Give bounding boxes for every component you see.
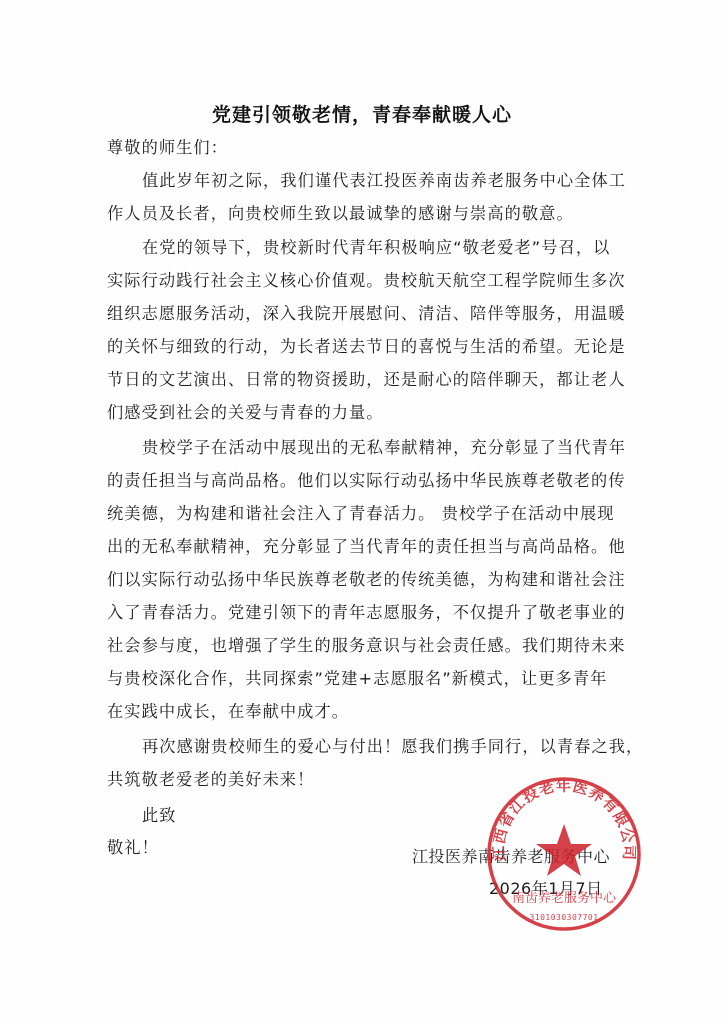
body-line: 的关怀与细致的行动，为长者送去节日的喜悦与生活的希望。无论是 xyxy=(107,337,626,357)
body-line: 的责任担当与高尚品格。他们以实际行动弘扬中华民族尊老敬老的传 xyxy=(107,471,626,491)
letter-page: 党建引领敬老情，青春奉献暖人心 尊敬的师生们： 值此岁年初之际，我们谨代表江投医… xyxy=(0,0,724,1024)
body-line: 共筑敬老爱老的美好未来！ xyxy=(107,770,314,790)
body-line: 在党的领导下，贵校新时代青年积极响应“敬老爱老”号召，以 xyxy=(142,238,610,258)
body-line: 此致 xyxy=(142,806,177,826)
body-line: 再次感谢贵校师生的爱心与付出！愿我们携手同行，以青春之我， xyxy=(142,737,643,757)
body-line: 们以实际行动弘扬中华民族尊老敬老的传统美德，为构建和谐社会注 xyxy=(107,570,626,590)
seal-inner-text: 南齿养老服务中心 xyxy=(512,890,617,906)
body-line: 统美德，为构建和谐社会注入了青春活力。 贵校学子在活动中展现 xyxy=(107,504,615,524)
official-seal-icon: 江西省江投老年医养有限公司 南齿养老服务中心 3101030307701 xyxy=(484,774,644,934)
body-line: 敬礼！ xyxy=(107,838,159,858)
body-line: 出的无私奉献精神，充分彰显了当代青年的责任担当与高尚品格。他 xyxy=(107,537,626,557)
body-line: 值此岁年初之际，我们谨代表江投医养南齿养老服务中心全体工 xyxy=(142,171,626,191)
body-line: 实际行动践行社会主义核心价值观。贵校航天航空工程学院师生多次 xyxy=(107,271,626,291)
body-line: 社会参与度，也增强了学生的服务意识与社会责任感。我们期待未来 xyxy=(107,636,626,656)
body-line: 在实践中成长，在奉献中成才。 xyxy=(107,702,349,722)
body-line: 作人员及长者，向贵校师生致以最诚挚的感谢与崇高的敬意。 xyxy=(107,204,574,224)
body-line: 入了青春活力。党建引领下的青年志愿服务，不仅提升了敬老事业的 xyxy=(107,603,626,623)
body-line: 们感受到社会的关爱与青春的力量。 xyxy=(107,403,384,423)
body-line: 贵校学子在活动中展现出的无私奉献精神，充分彰显了当代青年 xyxy=(142,438,626,458)
body-line: 与贵校深化合作，共同探索”党建+志愿服名”新模式，让更多青年 xyxy=(107,669,607,689)
seal-serial: 3101030307701 xyxy=(529,913,598,922)
greeting: 尊敬的师生们： xyxy=(107,138,228,158)
letter-title: 党建引领敬老情，青春奉献暖人心 xyxy=(0,100,724,127)
body-line: 节日的文艺演出、日常的物资援助，还是耐心的陪伴聊天，都让老人 xyxy=(107,370,626,390)
body-line: 组织志愿服务活动，深入我院开展慰问、清洁、陪伴等服务，用温暖 xyxy=(107,304,626,324)
